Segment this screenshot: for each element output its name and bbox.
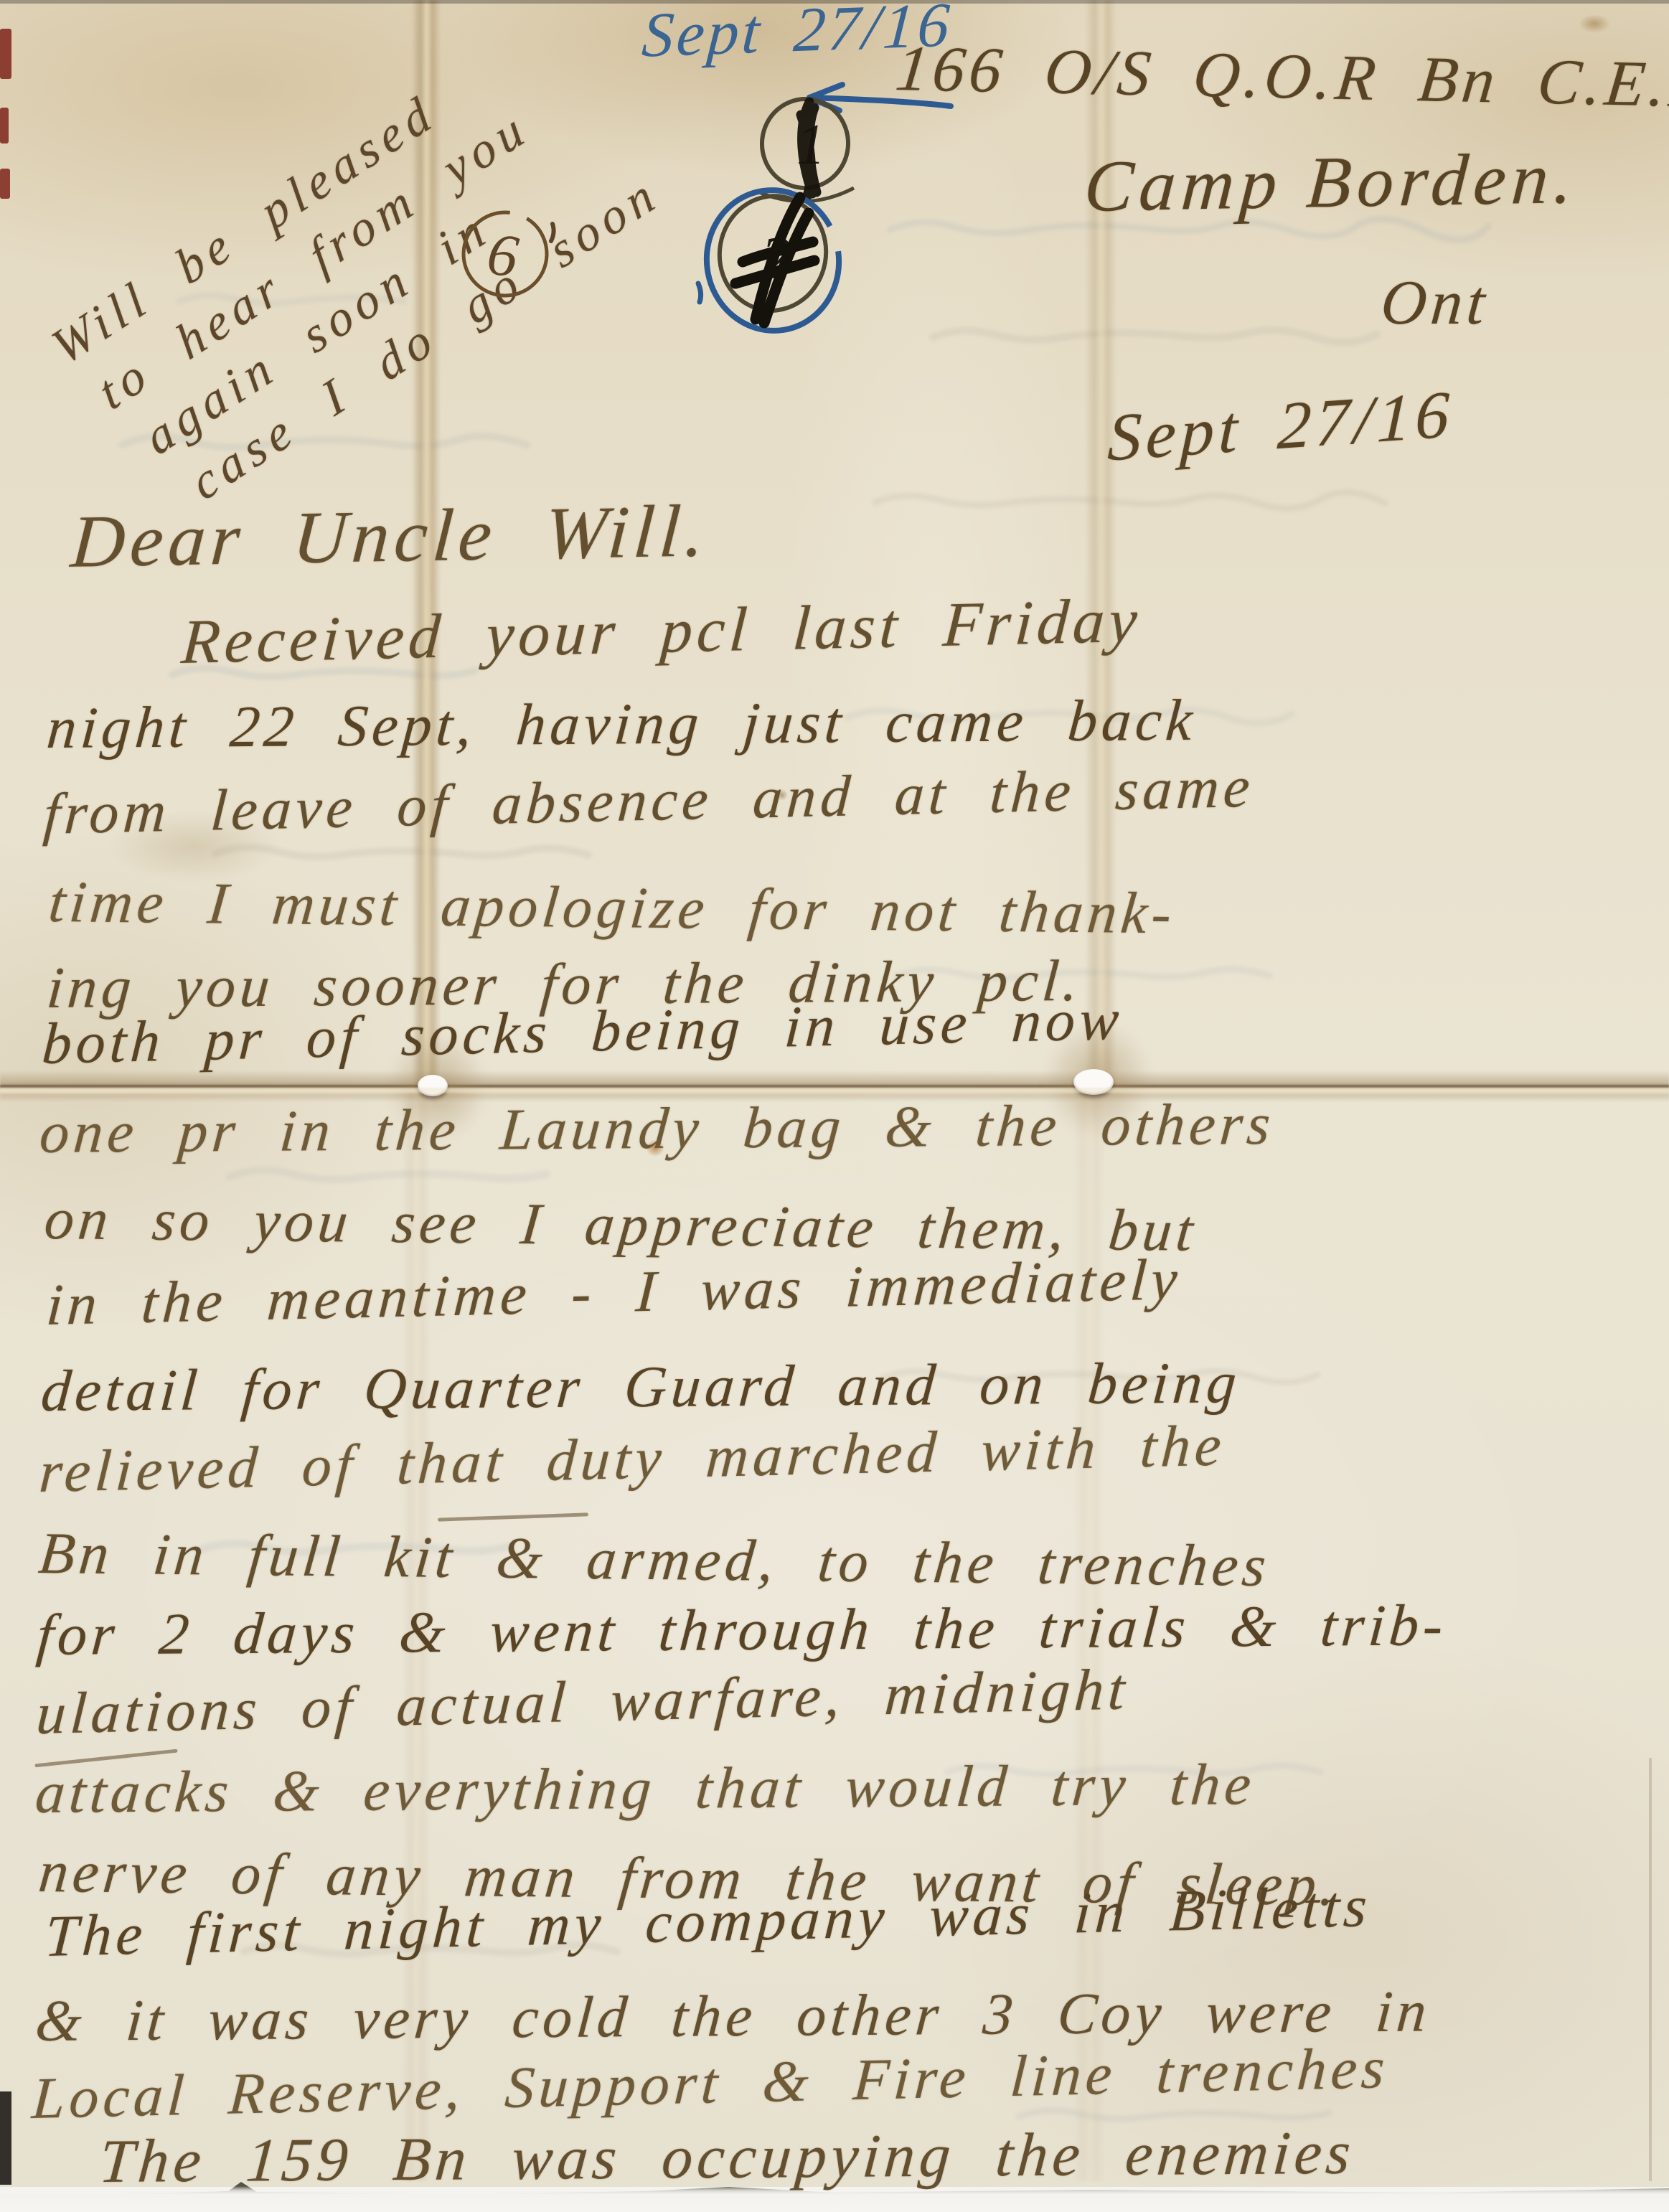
camp-line: Camp Borden.: [1081, 136, 1581, 229]
edge-mark: [0, 169, 10, 199]
body-line: The 159 Bn was occupying the enemies: [97, 2117, 1358, 2197]
stain-spot: [1579, 14, 1610, 33]
fold-hole: [418, 1075, 448, 1096]
corner-note-circled-mark: 6: [451, 195, 565, 314]
body-line: Bn in full kit & armed, to the trenches: [36, 1520, 1273, 1600]
edge-mark: [0, 108, 9, 143]
salutation: Dear Uncle Will.: [68, 488, 712, 584]
body-line: night 22 Sept, having just came back: [44, 687, 1199, 762]
body-line: for 2 days & went through the trials & t…: [34, 1591, 1449, 1669]
edge-mark: [0, 29, 11, 79]
paper-right-edge-line: [1649, 1758, 1652, 2181]
body-line: one pr in the Laundy bag & the others: [37, 1091, 1277, 1167]
corner-note-mark-glyph: 6: [483, 220, 522, 291]
body-line: attacks & everything that would try the: [33, 1751, 1258, 1827]
edge-shadow-bottom-left: [0, 2091, 11, 2185]
province-line: Ont: [1378, 267, 1492, 339]
body-line: detail for Quarter Guard and on being: [39, 1349, 1243, 1425]
fold-highlight-overlay: [0, 1088, 1669, 1093]
body-line: time I must apologize for not thank-: [46, 868, 1179, 947]
letter-scan: { "letter": { "corner_note": { "lines": …: [0, 0, 1669, 2212]
page-mark-2-scribble: 2: [692, 176, 857, 348]
